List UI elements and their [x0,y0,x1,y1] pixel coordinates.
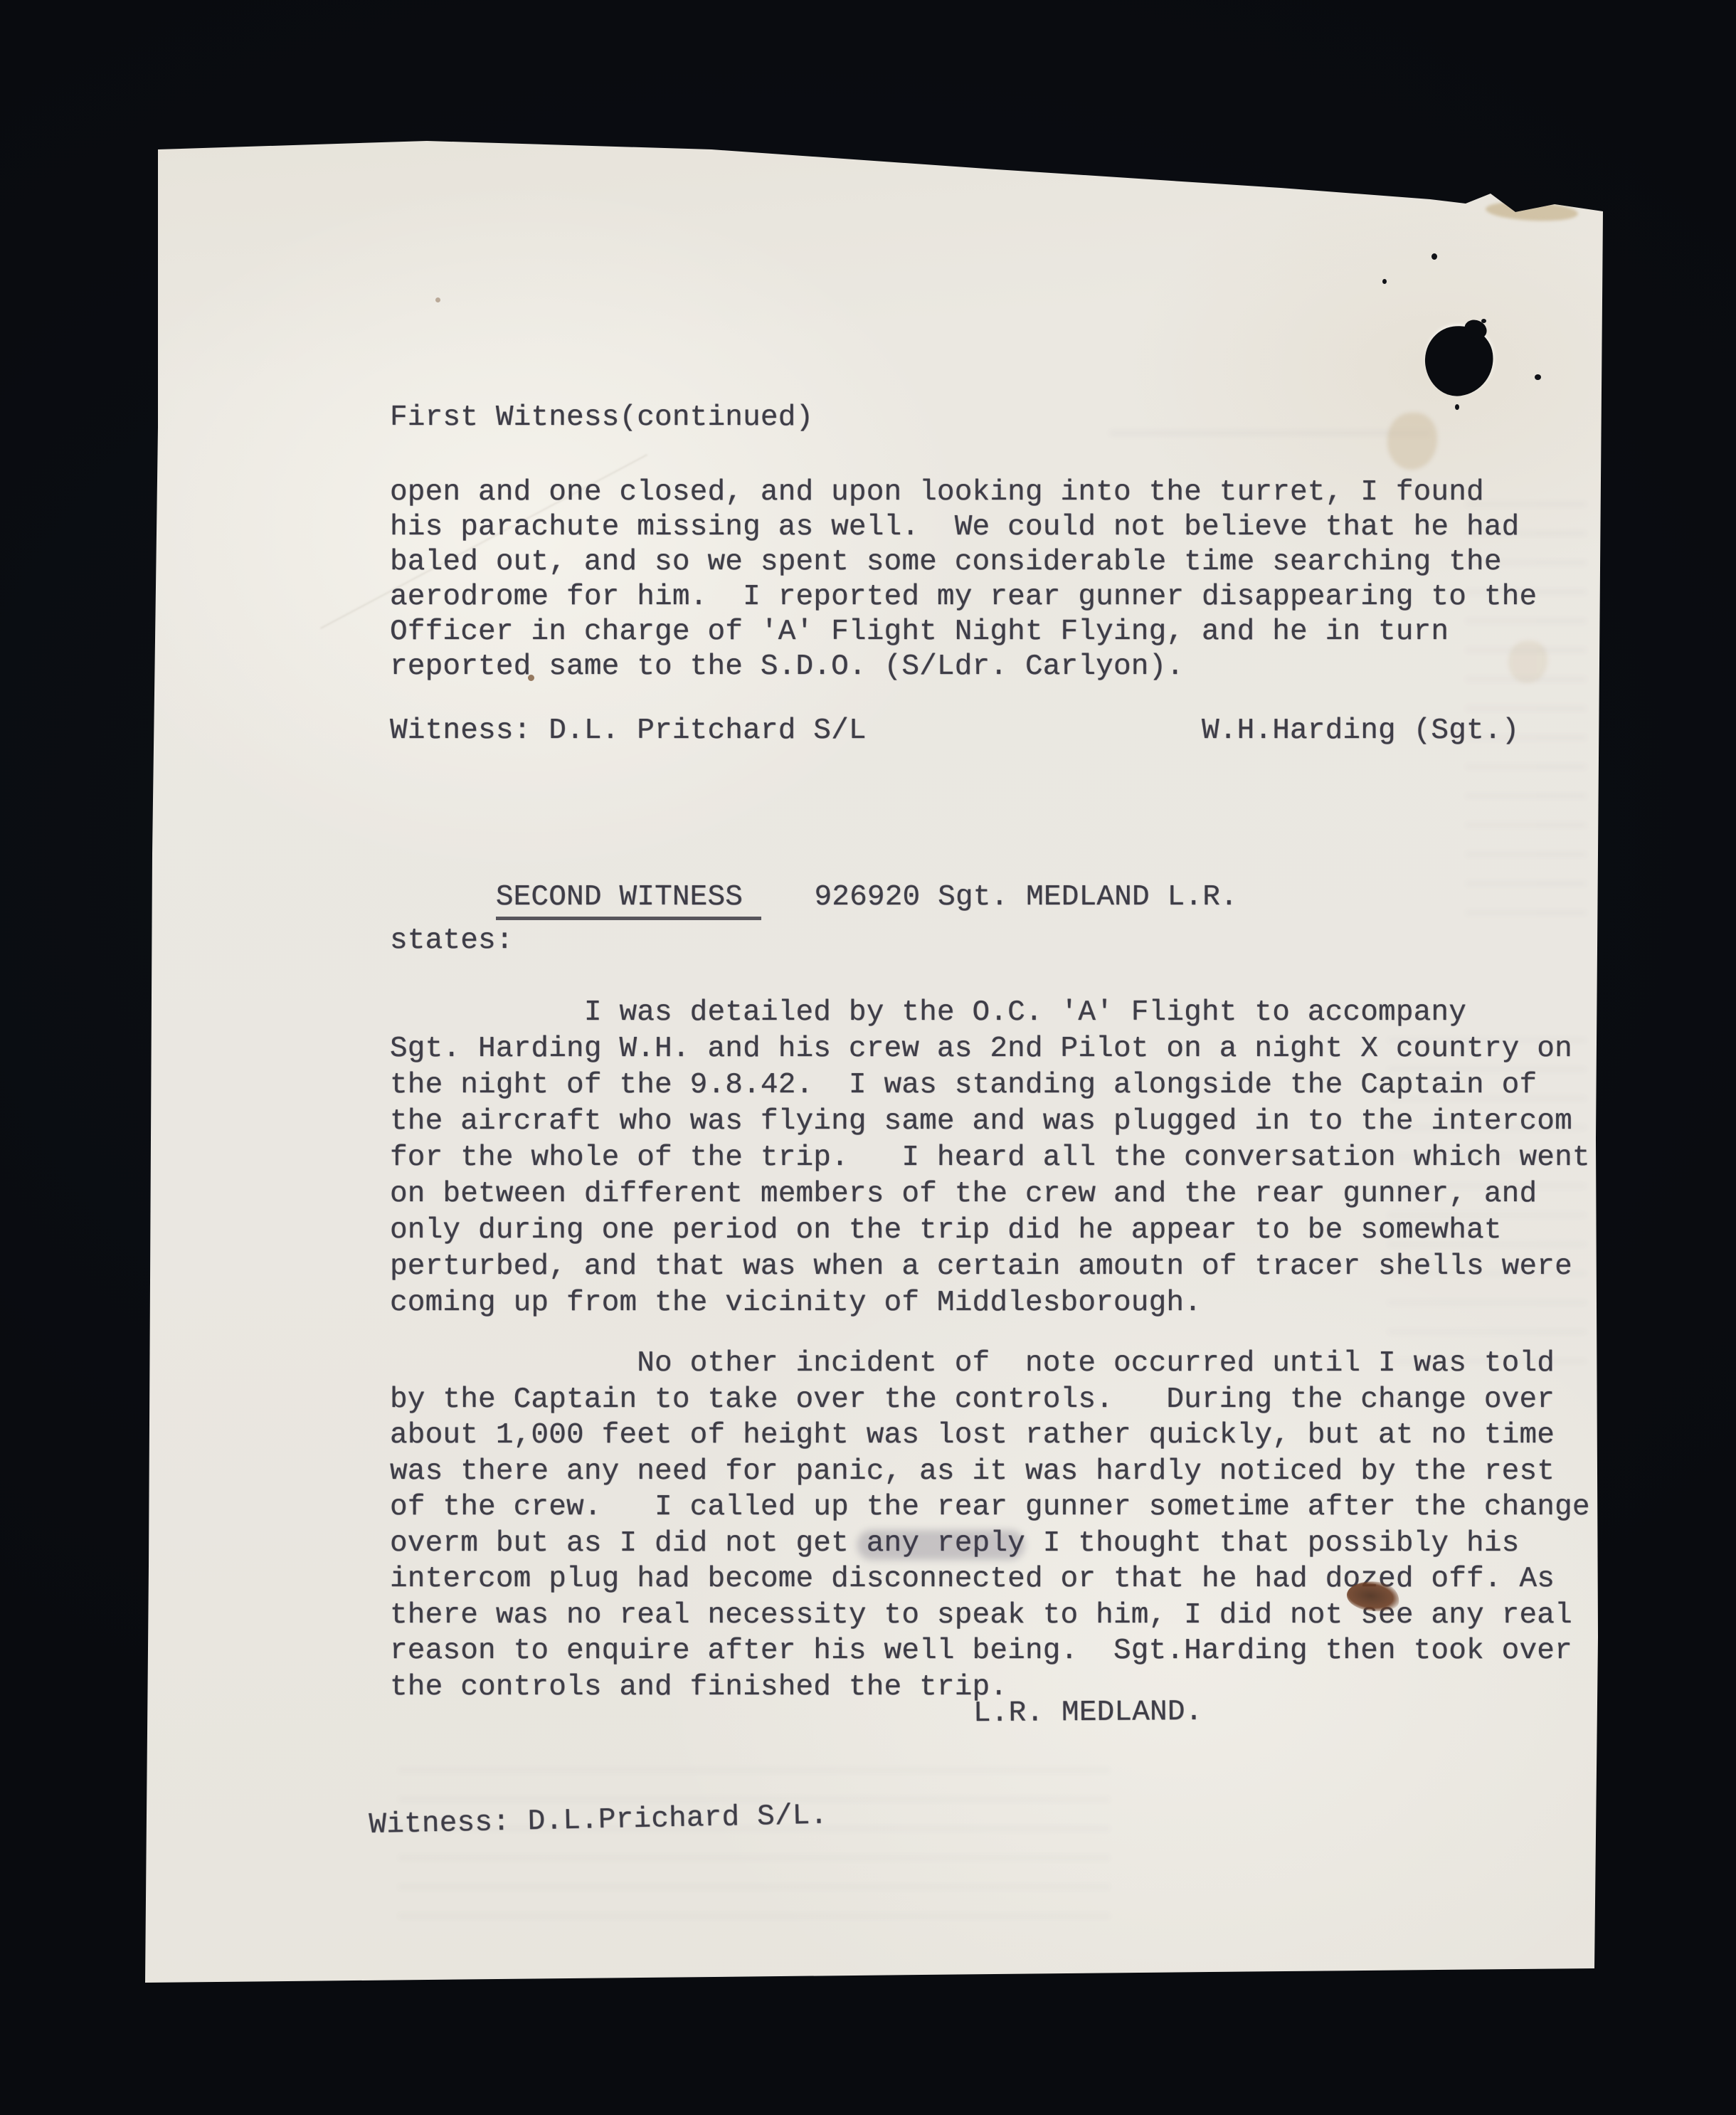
pinhole-speck [1382,279,1387,284]
paper-stain [1387,413,1437,470]
paragraph-first-witness: open and one closed, and upon looking in… [390,475,1537,685]
pinhole-speck [1431,253,1437,260]
signature-medland: L.R. MEDLAND. [973,1694,1203,1731]
overtyped-ink-smudge [857,1530,1025,1560]
edge-discoloration [1485,200,1578,223]
paper-sheet: First Witness(continued) open and one cl… [0,0,1736,2115]
foxing-speck [528,675,534,681]
witness-signature-line-1: Witness: D.L. Pritchard S/L W.H.Harding … [390,713,1519,749]
foxing-speck [435,297,440,302]
paragraph-second-witness-2: No other incident of note occurred until… [390,1346,1590,1705]
bleedthrough-ghost-right [1387,1032,1587,1388]
scanned-document-photo: First Witness(continued) open and one cl… [0,0,1736,2115]
second-witness-title: SECOND WITNESS [496,881,761,920]
bleedthrough-ghost-heading [1110,424,1430,460]
bleedthrough-ghost-bottom [398,1758,1110,1943]
second-witness-heading-line: SECOND WITNESS 926920 Sgt. MEDLAND L.R. [390,844,1238,951]
states-label: states: [390,923,514,959]
page-heading: First Witness(continued) [390,400,813,436]
bleedthrough-ghost-right [1466,498,1587,939]
pinhole-speck [1455,404,1459,410]
pinhole-speck [1535,374,1541,380]
second-witness-detail: 926920 Sgt. MEDLAND L.R. [761,881,1238,914]
